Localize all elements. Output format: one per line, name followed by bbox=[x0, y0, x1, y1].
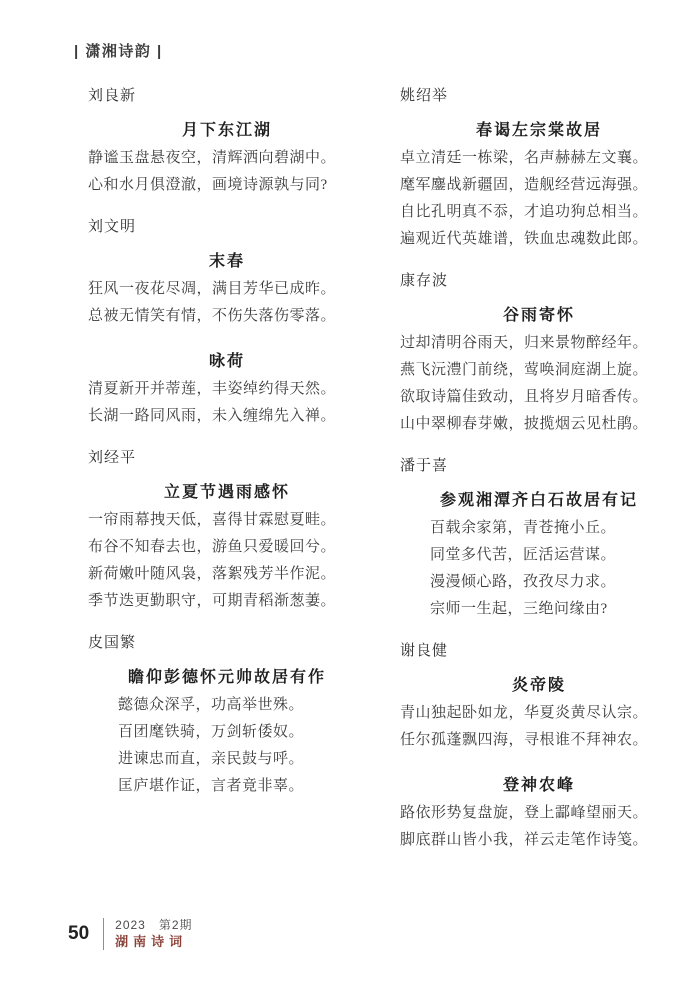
poem-line: 新荷嫩叶随风袅，落絮残芳半作泥。 bbox=[88, 565, 366, 584]
poem-line: 懿德众深孚，功高举世殊。 bbox=[88, 696, 366, 715]
poem-line: 自比孔明真不忝，才追功狗总相当。 bbox=[400, 203, 678, 222]
poem-line: 静谧玉盘悬夜空，清辉洒向碧湖中。 bbox=[88, 149, 366, 168]
page-header: | 潇湘诗韵 | bbox=[74, 40, 163, 61]
poet-block: 刘经平立夏节遇雨感怀一帘雨幕拽天低，喜得甘霖慰夏畦。布谷不知春去也，游鱼只爱暖回… bbox=[88, 446, 366, 611]
poem-line: 青山独起卧如龙，华夏炎黄尽认宗。 bbox=[400, 704, 678, 723]
poem-line: 清夏新开并蒂莲，丰姿绰约得天然。 bbox=[88, 380, 366, 399]
poet-block: 刘良新月下东江湖静谧玉盘悬夜空，清辉洒向碧湖中。心和水月俱澄澈，画境诗源孰与同? bbox=[88, 84, 366, 195]
column-left: 刘良新月下东江湖静谧玉盘悬夜空，清辉洒向碧湖中。心和水月俱澄澈，画境诗源孰与同?… bbox=[88, 84, 366, 804]
poem-line: 遍观近代英雄谱，铁血忠魂数此郎。 bbox=[400, 230, 678, 249]
poem-line: 进谏忠而直，亲民鼓与呼。 bbox=[88, 750, 366, 769]
poet-name: 刘经平 bbox=[88, 446, 366, 467]
poet-name: 谢良健 bbox=[400, 639, 678, 660]
poem-line: 布谷不知春去也，游鱼只爱暖回兮。 bbox=[88, 538, 366, 557]
poem-line: 百团麾铁骑，万剑斩倭奴。 bbox=[88, 723, 366, 742]
poem: 参观湘潭齐白石故居有记百载余家第，青苍掩小丘。同堂多代苦，匠活运营谋。漫漫倾心路… bbox=[400, 487, 678, 619]
poem-title: 咏荷 bbox=[88, 348, 366, 371]
poem-title: 月下东江湖 bbox=[88, 117, 366, 140]
poem-line: 欲取诗篇佳致动，且将岁月暗香传。 bbox=[400, 388, 678, 407]
footer-issue-block: 2023 第2期 湖南诗词 bbox=[115, 918, 192, 950]
poem-line: 季节迭更勤职守，可期青稻渐葱萋。 bbox=[88, 592, 366, 611]
poem-title: 立夏节遇雨感怀 bbox=[88, 479, 366, 502]
footer-journal-name: 湖南诗词 bbox=[115, 933, 192, 950]
poet-block: 谢良健炎帝陵青山独起卧如龙，华夏炎黄尽认宗。任尔孤蓬飘四海，寻根谁不拜神农。登神… bbox=[400, 639, 678, 850]
poem-line: 宗师一生起，三绝问缘由? bbox=[400, 600, 678, 619]
poem: 瞻仰彭德怀元帅故居有作懿德众深孚，功高举世殊。百团麾铁骑，万剑斩倭奴。进谏忠而直… bbox=[88, 664, 366, 796]
poem-title: 末春 bbox=[88, 248, 366, 271]
poem-line: 心和水月俱澄澈，画境诗源孰与同? bbox=[88, 176, 366, 195]
page-number: 50 bbox=[68, 923, 89, 945]
poem-line: 脚底群山皆小我，祥云走笔作诗笺。 bbox=[400, 831, 678, 850]
poem-line: 同堂多代苦，匠活运营谋。 bbox=[400, 546, 678, 565]
poem-line: 山中翠柳春芽嫩，披揽烟云见杜鹃。 bbox=[400, 415, 678, 434]
poem: 咏荷清夏新开并蒂莲，丰姿绰约得天然。长湖一路同风雨，未入缠绵先入禅。 bbox=[88, 348, 366, 426]
poem-line: 匡庐堪作证，言者竟非辜。 bbox=[88, 777, 366, 796]
poem: 立夏节遇雨感怀一帘雨幕拽天低，喜得甘霖慰夏畦。布谷不知春去也，游鱼只爱暖回兮。新… bbox=[88, 479, 366, 611]
magazine-page: | 潇湘诗韵 | 刘良新月下东江湖静谧玉盘悬夜空，清辉洒向碧湖中。心和水月俱澄澈… bbox=[0, 0, 700, 989]
poet-name: 刘良新 bbox=[88, 84, 366, 105]
poet-block: 康存波谷雨寄怀过却清明谷雨天，归来景物醉经年。燕飞沅澧门前绕，莺唤洞庭湖上旋。欲… bbox=[400, 269, 678, 434]
poet-block: 潘于喜参观湘潭齐白石故居有记百载余家第，青苍掩小丘。同堂多代苦，匠活运营谋。漫漫… bbox=[400, 454, 678, 619]
poem-title: 登神农峰 bbox=[400, 772, 678, 795]
footer-issue-label: 2023 第2期 bbox=[115, 918, 192, 933]
poet-block: 刘文明末春狂风一夜花尽凋，满目芳华已成昨。总被无情笑有情，不伤失落伤零落。咏荷清… bbox=[88, 215, 366, 426]
poem-line: 过却清明谷雨天，归来景物醉经年。 bbox=[400, 334, 678, 353]
column-right: 姚绍举春谒左宗棠故居卓立清廷一栋梁，名声赫赫左文襄。麾军鏖战新疆固，造舰经营远海… bbox=[400, 84, 678, 858]
poem: 月下东江湖静谧玉盘悬夜空，清辉洒向碧湖中。心和水月俱澄澈，画境诗源孰与同? bbox=[88, 117, 366, 195]
poem-line: 长湖一路同风雨，未入缠绵先入禅。 bbox=[88, 407, 366, 426]
poet-block: 姚绍举春谒左宗棠故居卓立清廷一栋梁，名声赫赫左文襄。麾军鏖战新疆固，造舰经营远海… bbox=[400, 84, 678, 249]
poem-line: 总被无情笑有情，不伤失落伤零落。 bbox=[88, 307, 366, 326]
poem-line: 一帘雨幕拽天低，喜得甘霖慰夏畦。 bbox=[88, 511, 366, 530]
poem: 谷雨寄怀过却清明谷雨天，归来景物醉经年。燕飞沅澧门前绕，莺唤洞庭湖上旋。欲取诗篇… bbox=[400, 302, 678, 434]
poem-line: 任尔孤蓬飘四海，寻根谁不拜神农。 bbox=[400, 731, 678, 750]
poet-block: 皮国繁瞻仰彭德怀元帅故居有作懿德众深孚，功高举世殊。百团麾铁骑，万剑斩倭奴。进谏… bbox=[88, 631, 366, 796]
poem: 炎帝陵青山独起卧如龙，华夏炎黄尽认宗。任尔孤蓬飘四海，寻根谁不拜神农。 bbox=[400, 672, 678, 750]
poem: 末春狂风一夜花尽凋，满目芳华已成昨。总被无情笑有情，不伤失落伤零落。 bbox=[88, 248, 366, 326]
footer-divider bbox=[103, 918, 104, 950]
poet-name: 潘于喜 bbox=[400, 454, 678, 475]
poem: 春谒左宗棠故居卓立清廷一栋梁，名声赫赫左文襄。麾军鏖战新疆固，造舰经营远海强。自… bbox=[400, 117, 678, 249]
poem-title: 炎帝陵 bbox=[400, 672, 678, 695]
poem: 登神农峰路依形势复盘旋，登上酃峰望丽天。脚底群山皆小我，祥云走笔作诗笺。 bbox=[400, 772, 678, 850]
poem-line: 麾军鏖战新疆固，造舰经营远海强。 bbox=[400, 176, 678, 195]
poet-name: 康存波 bbox=[400, 269, 678, 290]
poet-name: 姚绍举 bbox=[400, 84, 678, 105]
poem-line: 卓立清廷一栋梁，名声赫赫左文襄。 bbox=[400, 149, 678, 168]
poet-name: 皮国繁 bbox=[88, 631, 366, 652]
poem-line: 狂风一夜花尽凋，满目芳华已成昨。 bbox=[88, 280, 366, 299]
poem-title: 参观湘潭齐白石故居有记 bbox=[400, 487, 678, 510]
poem-line: 燕飞沅澧门前绕，莺唤洞庭湖上旋。 bbox=[400, 361, 678, 380]
poem-title: 春谒左宗棠故居 bbox=[400, 117, 678, 140]
poem-title: 谷雨寄怀 bbox=[400, 302, 678, 325]
poem-title: 瞻仰彭德怀元帅故居有作 bbox=[88, 664, 366, 687]
poem-line: 路依形势复盘旋，登上酃峰望丽天。 bbox=[400, 804, 678, 823]
page-footer: 50 2023 第2期 湖南诗词 bbox=[68, 918, 193, 950]
poet-name: 刘文明 bbox=[88, 215, 366, 236]
poem-line: 百载余家第，青苍掩小丘。 bbox=[400, 519, 678, 538]
poem-line: 漫漫倾心路，孜孜尽力求。 bbox=[400, 573, 678, 592]
